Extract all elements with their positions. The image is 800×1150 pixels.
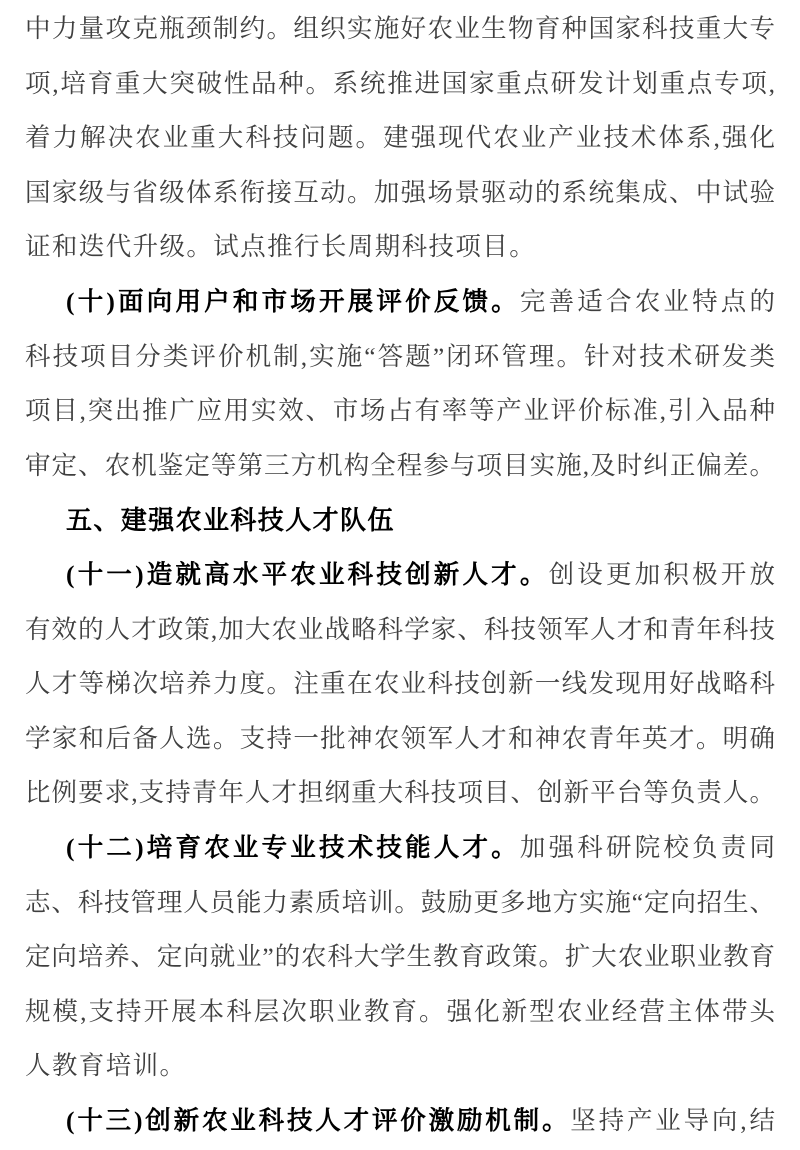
text-line: 审定、农机鉴定等第三方机构全程参与项目实施,及时纠正偏差。: [25, 439, 775, 494]
text-line: 人才等梯次培养力度。注重在农业科技创新一线发现用好战略科: [25, 657, 775, 712]
line-text: 人才等梯次培养力度。注重在农业科技创新一线发现用好战略科: [25, 669, 775, 698]
line-text: 定向培养、定向就业”的农科大学生教育政策。扩大农业职业教育: [25, 942, 775, 971]
line-text: 中力量攻克瓶颈制约。组织实施好农业生物育种国家科技重大专: [25, 14, 775, 43]
text-line: 中力量攻克瓶颈制约。组织实施好农业生物育种国家科技重大专: [25, 2, 775, 57]
line-text: 志、科技管理人员能力素质培训。鼓励更多地方实施“定向招生、: [25, 888, 775, 917]
line-text: 证和迭代升级。试点推行长周期科技项目。: [25, 232, 536, 261]
text-line: 比例要求,支持青年人才担纲重大科技项目、创新平台等负责人。: [25, 766, 775, 821]
text-line: (十二)培育农业专业技术技能人才。加强科研院校负责同: [25, 821, 775, 876]
text-line: 证和迭代升级。试点推行长周期科技项目。: [25, 220, 775, 275]
text-column: 中力量攻克瓶颈制约。组织实施好农业生物育种国家科技重大专项,培育重大突破性品种。…: [25, 2, 775, 1148]
para-continuation: 中力量攻克瓶颈制约。组织实施好农业生物育种国家科技重大专项,培育重大突破性品种。…: [25, 2, 775, 275]
text-line: 国家级与省级体系衔接互动。加强场景驱动的系统集成、中试验: [25, 166, 775, 221]
para-item-13: (十三)创新农业科技人才评价激励机制。坚持产业导向,结: [25, 1094, 775, 1149]
line-text: 科技项目分类评价机制,实施“答题”闭环管理。针对技术研发类: [25, 342, 775, 371]
line-text: 规模,支持开展本科层次职业教育。强化新型农业经营主体带头: [25, 997, 775, 1026]
para-item-10: (十)面向用户和市场开展评价反馈。完善适合农业特点的科技项目分类评价机制,实施“…: [25, 275, 775, 493]
paragraph-lead-bold: (十三)创新农业科技人才评价激励机制。: [66, 1106, 570, 1135]
line-text: 项,培育重大突破性品种。系统推进国家重点研发计划重点专项,: [25, 69, 775, 98]
line-text: 国家级与省级体系衔接互动。加强场景驱动的系统集成、中试验: [25, 178, 775, 207]
line-text: 审定、农机鉴定等第三方机构全程参与项目实施,及时纠正偏差。: [25, 451, 775, 480]
paragraph-lead-bold: (十)面向用户和市场开展评价反馈。: [66, 287, 520, 316]
line-text: 创设更加积极开放: [549, 560, 775, 589]
heading-line: 五、建强农业科技人才队伍: [25, 493, 775, 548]
line-text: 学家和后备人选。支持一批神农领军人才和神农青年英才。明确: [25, 724, 775, 753]
paragraph-lead-bold: (十二)培育农业专业技术技能人才。: [66, 833, 520, 862]
line-text: 加强科研院校负责同: [520, 833, 775, 862]
text-line: 学家和后备人选。支持一批神农领军人才和神农青年英才。明确: [25, 712, 775, 767]
para-item-11: (十一)造就高水平农业科技创新人才。创设更加积极开放有效的人才政策,加大农业战略…: [25, 548, 775, 821]
text-line: 人教育培训。: [25, 1039, 775, 1094]
section-heading-5: 五、建强农业科技人才队伍: [25, 493, 775, 548]
text-line: 规模,支持开展本科层次职业教育。强化新型农业经营主体带头: [25, 985, 775, 1040]
text-line: 着力解决农业重大科技问题。建强现代农业产业技术体系,强化: [25, 111, 775, 166]
text-line: (十一)造就高水平农业科技创新人才。创设更加积极开放: [25, 548, 775, 603]
text-line: 项,培育重大突破性品种。系统推进国家重点研发计划重点专项,: [25, 57, 775, 112]
line-text: 人教育培训。: [25, 1051, 186, 1080]
document-page: 中力量攻克瓶颈制约。组织实施好农业生物育种国家科技重大专项,培育重大突破性品种。…: [0, 0, 800, 1150]
paragraph-lead-bold: (十一)造就高水平农业科技创新人才。: [66, 560, 549, 589]
text-line: 志、科技管理人员能力素质培训。鼓励更多地方实施“定向招生、: [25, 876, 775, 931]
text-line: 有效的人才政策,加大农业战略科学家、科技领军人才和青年科技: [25, 603, 775, 658]
line-text: 项目,突出推广应用实效、市场占有率等产业评价标准,引入品种: [25, 396, 775, 425]
para-item-12: (十二)培育农业专业技术技能人才。加强科研院校负责同志、科技管理人员能力素质培训…: [25, 821, 775, 1094]
text-line: (十)面向用户和市场开展评价反馈。完善适合农业特点的: [25, 275, 775, 330]
text-line: 定向培养、定向就业”的农科大学生教育政策。扩大农业职业教育: [25, 930, 775, 985]
text-line: 项目,突出推广应用实效、市场占有率等产业评价标准,引入品种: [25, 384, 775, 439]
text-line: (十三)创新农业科技人才评价激励机制。坚持产业导向,结: [25, 1094, 775, 1149]
line-text: 着力解决农业重大科技问题。建强现代农业产业技术体系,强化: [25, 123, 775, 152]
line-text: 有效的人才政策,加大农业战略科学家、科技领军人才和青年科技: [25, 615, 775, 644]
line-text: 完善适合农业特点的: [520, 287, 775, 316]
text-line: 科技项目分类评价机制,实施“答题”闭环管理。针对技术研发类: [25, 330, 775, 385]
line-text: 五、建强农业科技人才队伍: [66, 505, 395, 535]
line-text: 坚持产业导向,结: [570, 1106, 775, 1135]
line-text: 比例要求,支持青年人才担纲重大科技项目、创新平台等负责人。: [25, 778, 775, 807]
